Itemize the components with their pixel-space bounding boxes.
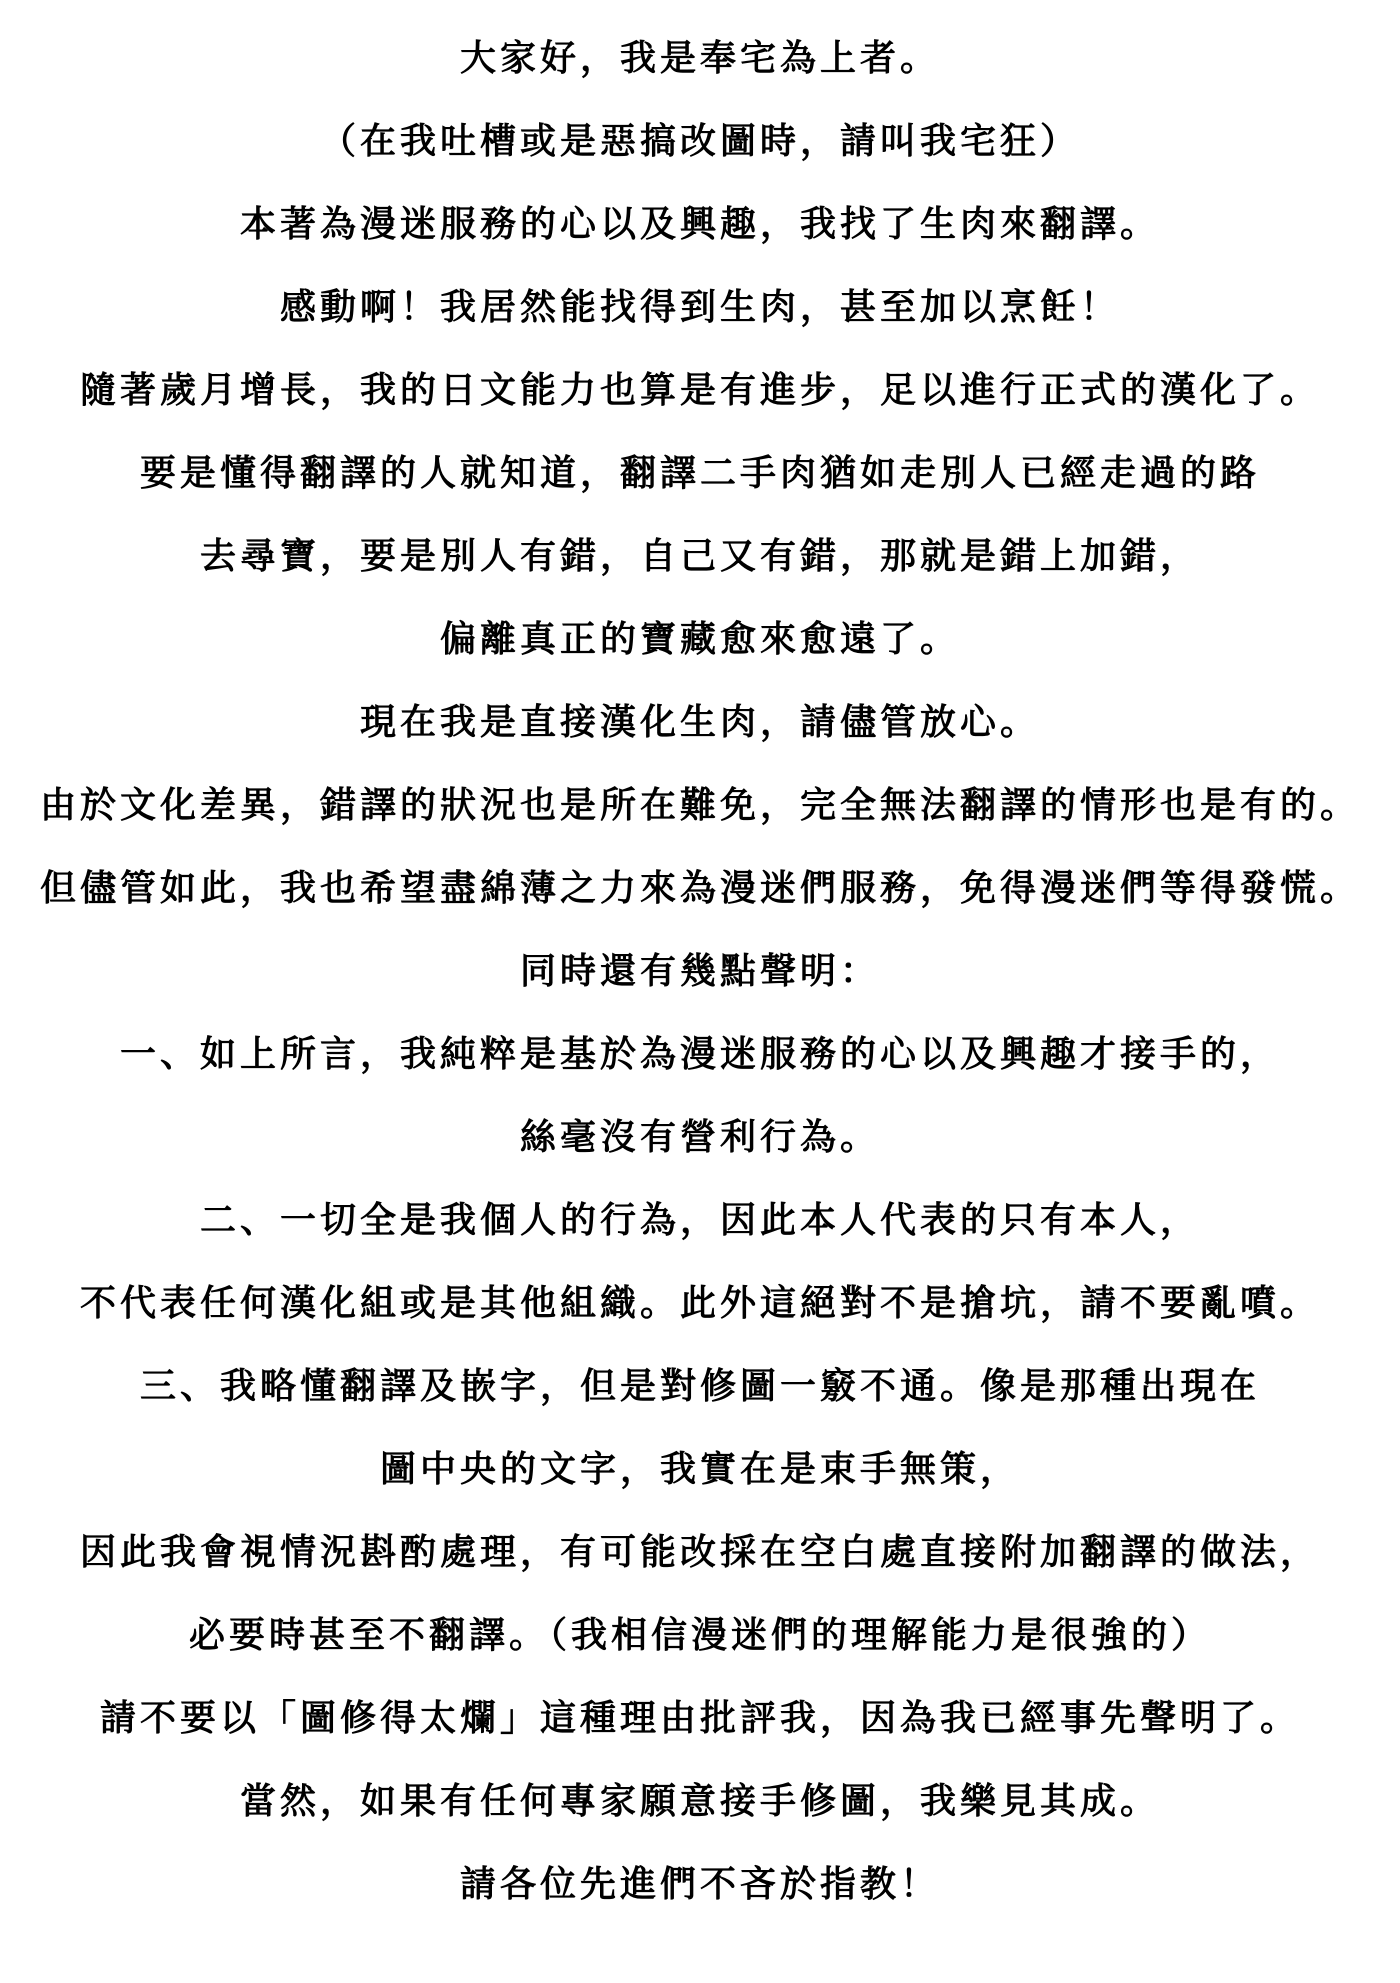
statement-3-line-2: 圖中央的文字，我實在是束手無策， — [0, 1448, 1400, 1492]
statement-3-line-1: 三、我略懂翻譯及嵌字，但是對修圖一竅不通。像是那種出現在 — [0, 1365, 1400, 1409]
statement-1-line-1: 一、如上所言，我純粹是基於為漫迷服務的心以及興趣才接手的， — [0, 1033, 1400, 1077]
motivation-line: 本著為漫迷服務的心以及興趣，我找了生肉來翻譯。 — [0, 203, 1400, 247]
criticism-request-line: 請不要以「圖修得太爛」這種理由批評我，因為我已經事先聲明了。 — [0, 1697, 1400, 1741]
translator-note-page: 大家好，我是奉宅為上者。 （在我吐槽或是惡搞改圖時，請叫我宅狂） 本著為漫迷服務… — [0, 0, 1400, 1983]
nickname-note-line: （在我吐槽或是惡搞改圖時，請叫我宅狂） — [0, 120, 1400, 164]
statements-heading: 同時還有幾點聲明： — [0, 950, 1400, 994]
excitement-line: 感動啊！我居然能找得到生肉，甚至加以烹飪！ — [0, 286, 1400, 330]
statement-1-line-2: 絲毫沒有營利行為。 — [0, 1116, 1400, 1160]
service-wish-line: 但儘管如此，我也希望盡綿薄之力來為漫迷們服務，免得漫迷們等得發慌。 — [0, 867, 1400, 911]
statement-3-line-3: 因此我會視情況斟酌處理，有可能改採在空白處直接附加翻譯的做法， — [0, 1531, 1400, 1575]
greeting-line: 大家好，我是奉宅為上者。 — [0, 37, 1400, 81]
drift-line: 偏離真正的寶藏愈來愈遠了。 — [0, 618, 1400, 662]
expert-welcome-line: 當然，如果有任何專家願意接手修圖，我樂見其成。 — [0, 1780, 1400, 1824]
ability-line: 隨著歲月增長，我的日文能力也算是有進步，足以進行正式的漢化了。 — [0, 369, 1400, 413]
statement-2-line-1: 二、一切全是我個人的行為，因此本人代表的只有本人， — [0, 1199, 1400, 1243]
statement-2-line-2: 不代表任何漢化組或是其他組織。此外這絕對不是搶坑，請不要亂噴。 — [0, 1282, 1400, 1326]
cultural-difference-line: 由於文化差異，錯譯的狀況也是所在難免，完全無法翻譯的情形也是有的。 — [0, 784, 1400, 828]
closing-line: 請各位先進們不吝於指教！ — [0, 1863, 1400, 1907]
second-hand-note-line: 要是懂得翻譯的人就知道，翻譯二手肉猶如走別人已經走過的路 — [0, 452, 1400, 496]
statement-3-line-4: 必要時甚至不翻譯。（我相信漫迷們的理解能力是很強的） — [0, 1614, 1400, 1658]
reassurance-line: 現在我是直接漢化生肉，請儘管放心。 — [0, 701, 1400, 745]
error-compounding-line: 去尋寶，要是別人有錯，自己又有錯，那就是錯上加錯， — [0, 535, 1400, 579]
